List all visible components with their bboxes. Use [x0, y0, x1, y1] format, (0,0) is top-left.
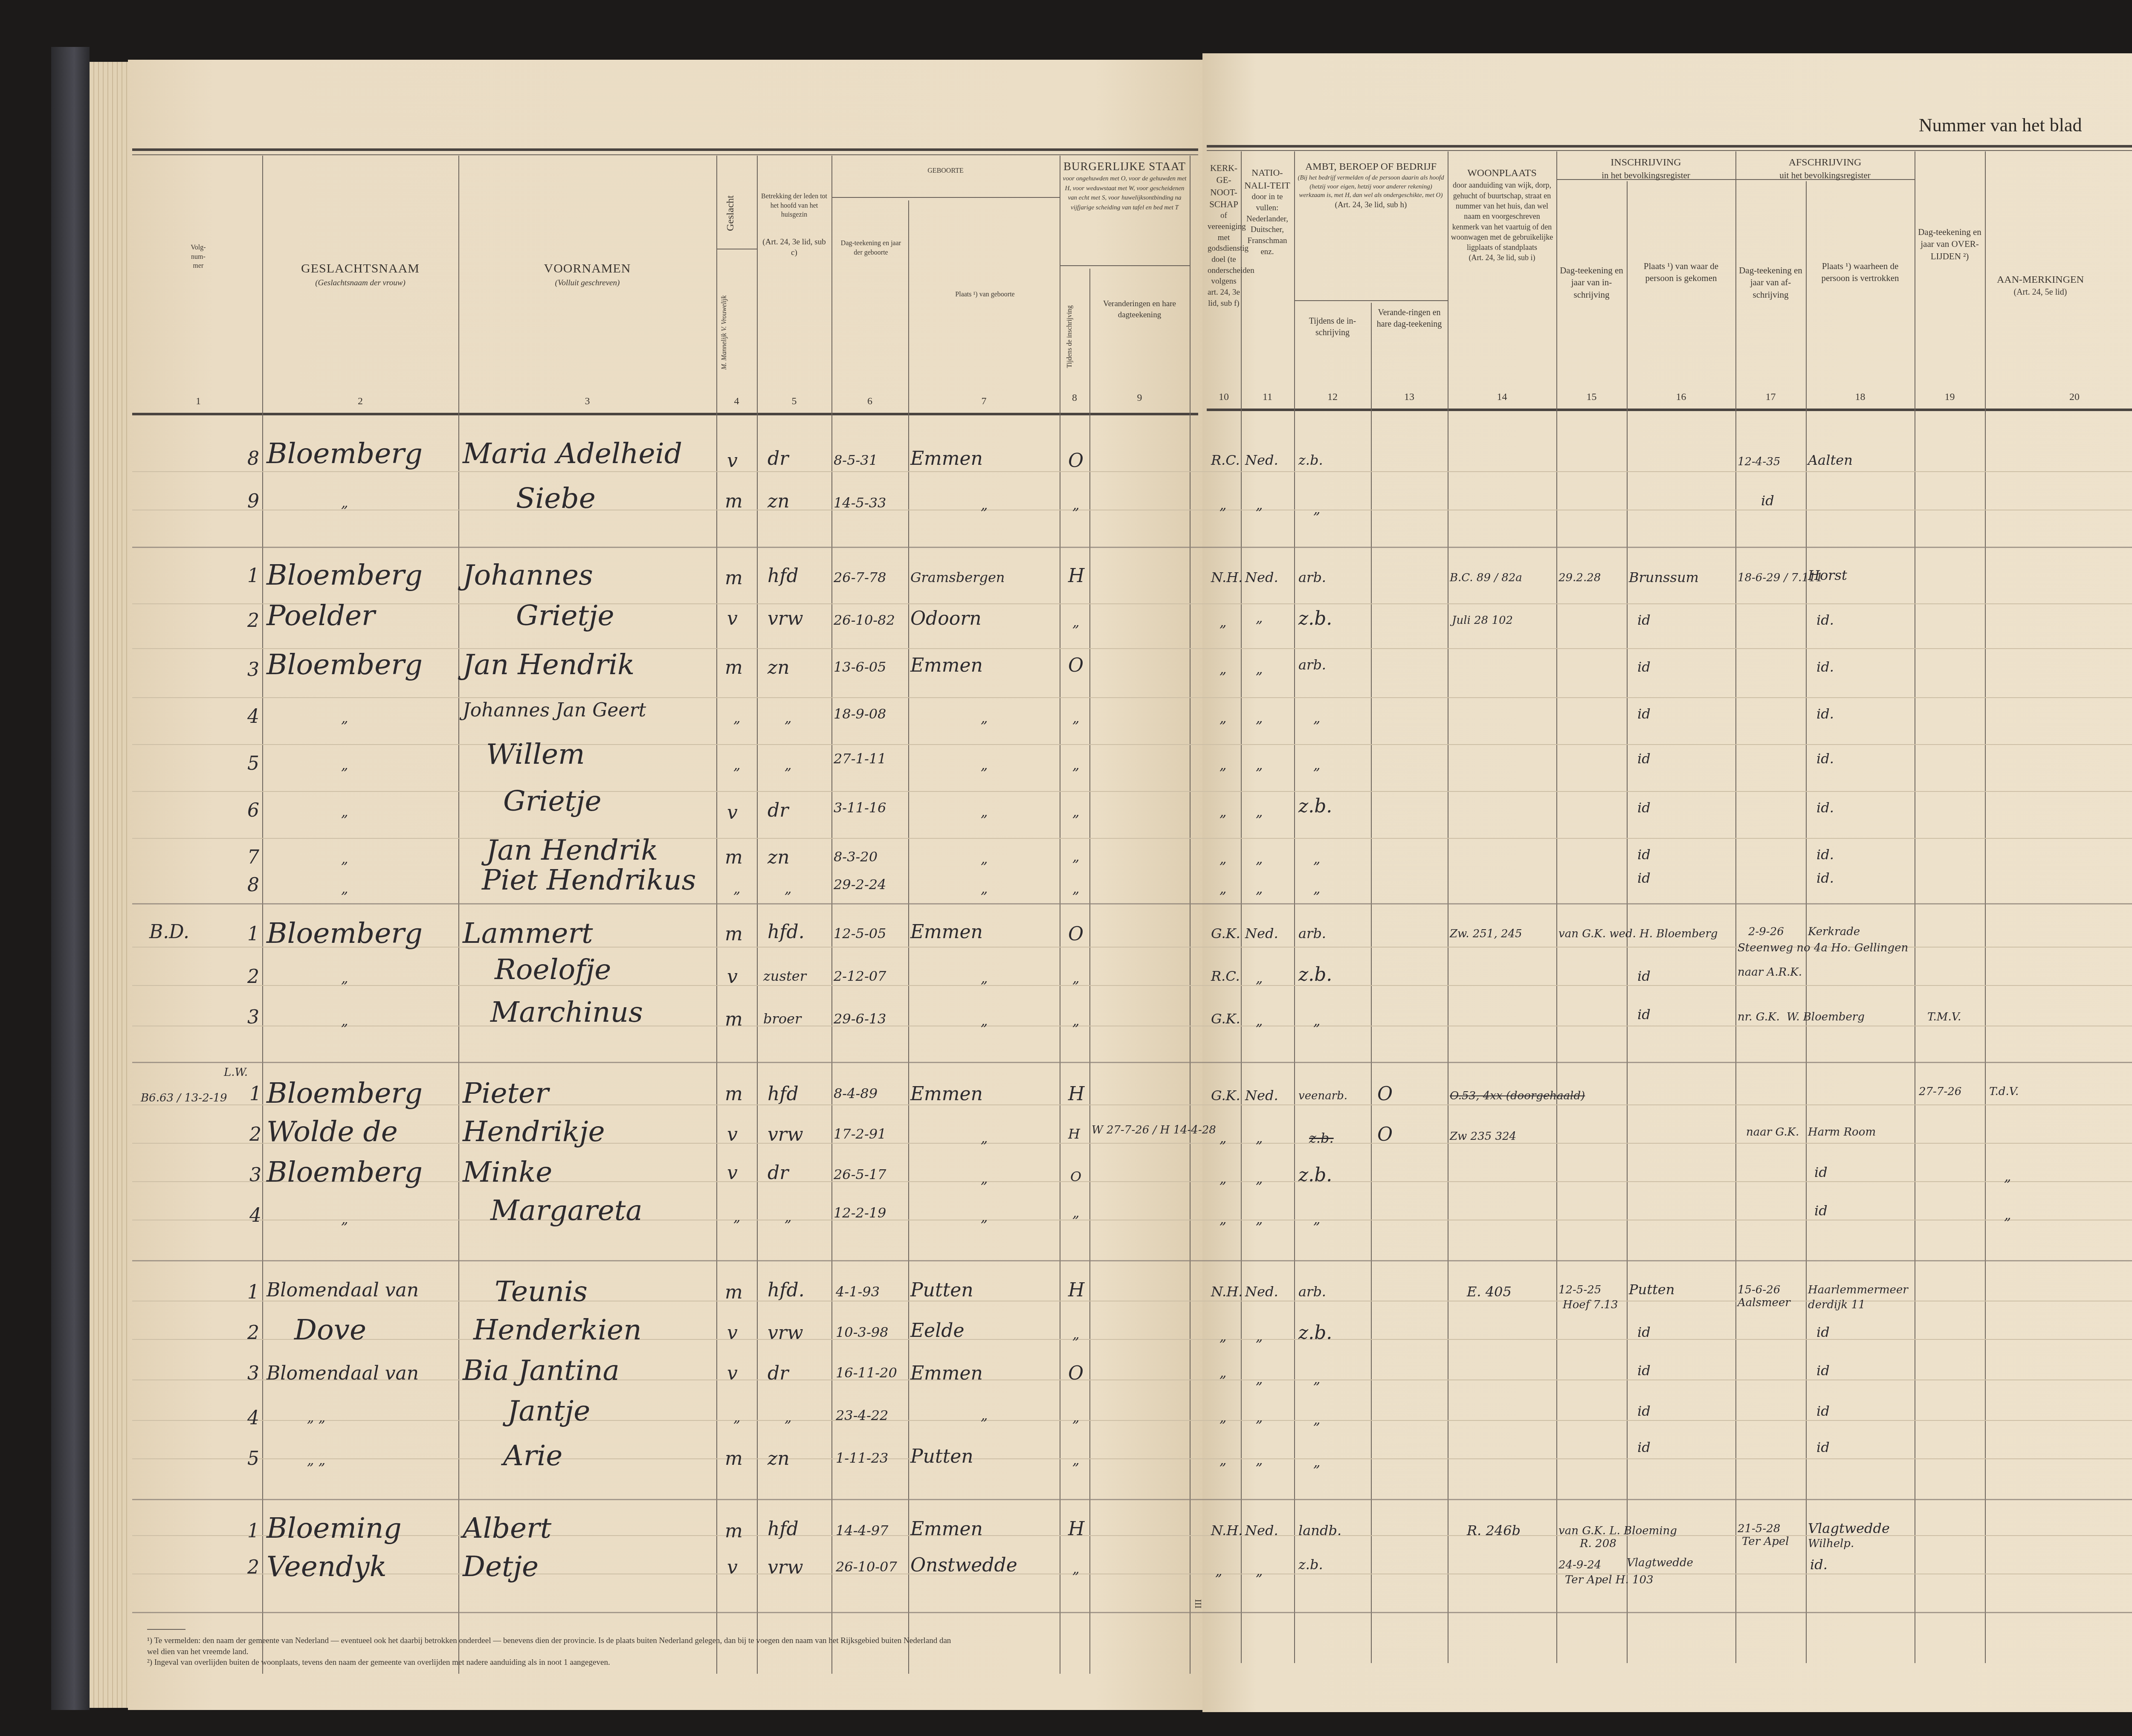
entry-civil-status: „	[1072, 881, 1080, 897]
entry-surname: Dove	[294, 1313, 366, 1346]
entry-given-names: Johannes	[463, 559, 593, 591]
entry-nationality: „	[1256, 851, 1263, 867]
entry-occupation: „	[1313, 1211, 1321, 1227]
header-ambt-beroep: AMBT, BEROEP OF BEDRIJF (Bij het bedrijf…	[1296, 160, 1445, 211]
entry-nr: 5	[247, 1448, 259, 1469]
entry-relation: „	[785, 710, 792, 726]
entry-relation: dr	[768, 800, 788, 821]
entry-departure-place: id.	[1816, 846, 1834, 863]
header-afschrijving-datum: Dag-teekening en jaar van af-schrijving	[1738, 264, 1804, 301]
col-rule	[1448, 151, 1448, 1663]
entry-nr: 1	[247, 565, 259, 587]
col-number: 3	[461, 396, 714, 407]
entry-church: G.K.	[1211, 1087, 1240, 1104]
entry-birth-date: 8-5-31	[834, 452, 878, 468]
entry-birth-place: „	[981, 1130, 988, 1146]
margin-note-top: L.W.	[224, 1066, 248, 1079]
ent-surname: „ „	[307, 1409, 325, 1426]
entry-nr: 7	[247, 846, 259, 868]
entry-departure-place: id	[1816, 1324, 1830, 1340]
entry-church: „	[1220, 1171, 1227, 1187]
entry-surname: Wolde de	[266, 1115, 398, 1148]
entry-arrival-place: id	[1637, 1362, 1651, 1379]
family-separator	[132, 1499, 2132, 1500]
entry-nr: 1	[247, 923, 259, 945]
col-number: 14	[1448, 391, 1556, 403]
header-veranderingen: Veranderingen en hare dagteekening	[1092, 299, 1188, 320]
entry-given-names: Willem	[486, 738, 585, 771]
entry-birth-date: 3-11-16	[834, 800, 886, 816]
entry-surname: Veendyk	[266, 1550, 387, 1583]
entry-departure-date: naar A.R.K.	[1738, 966, 1802, 979]
entry-nr: 5	[247, 753, 259, 774]
entry-nationality: „	[1256, 1328, 1263, 1345]
entry-departure-place: Vlagtwedde	[1808, 1520, 1890, 1536]
entry-birth-place: Putten	[910, 1279, 973, 1301]
entry-birth-date: 18-9-08	[834, 706, 886, 722]
entry-surname: Blomendaal van	[266, 1279, 419, 1301]
entry-given-names: Jan Hendrik	[486, 834, 658, 867]
entry-occupation: z.b.	[1298, 452, 1323, 468]
entry-civil-status: H	[1068, 1279, 1084, 1301]
entry-birth-date: 13-6-05	[834, 659, 886, 675]
col-number: 5	[757, 396, 831, 407]
entry-sex: m	[725, 846, 743, 868]
col-number: 9	[1089, 392, 1190, 404]
entry-sex: v	[727, 1362, 738, 1384]
col-rule	[262, 156, 263, 1674]
entry-departure-place: id.	[1816, 706, 1834, 722]
entry-birth-place: „	[981, 970, 988, 986]
header-top-rule-right-thin	[1207, 150, 2132, 151]
header-geboorte: GEBOORTE	[834, 166, 1057, 176]
entry-nr: 3	[249, 1164, 261, 1186]
entry-surname: „ „	[307, 1452, 325, 1468]
sheet-number-label: Nummer van het blad	[1919, 114, 2082, 136]
col-number: 19	[1915, 391, 1985, 403]
entry-departure-place: id.	[1816, 612, 1834, 628]
entry-given-names: Piet Hendrikus	[482, 864, 696, 896]
entry-church: N.H.	[1211, 1284, 1243, 1300]
geboorte-subrule	[831, 197, 1060, 198]
footnote-rule	[147, 1629, 185, 1630]
family-separator	[132, 1062, 2132, 1063]
entry-nationality: Ned.	[1245, 1284, 1278, 1300]
entry-church: „	[1220, 1409, 1227, 1426]
entry-birth-place: Eelde	[910, 1320, 964, 1342]
header-voornamen: VOORNAMEN (Volluit geschreven)	[461, 260, 714, 288]
col-rule	[1241, 151, 1242, 1663]
entry-surname: „	[341, 881, 348, 897]
entry-occupation: z.b.	[1298, 1322, 1332, 1344]
entry-arrival-place: id	[1637, 1403, 1651, 1419]
entry-given-names: Bia Jantina	[463, 1354, 620, 1387]
entry-birth-place: „	[981, 1171, 988, 1187]
entry-given-names: Johannes Jan Geert	[463, 699, 646, 721]
col-number: 18	[1806, 391, 1915, 403]
entry-nationality: „	[1256, 1130, 1263, 1146]
entry-residence: Zw 235 324	[1450, 1130, 1516, 1143]
geslacht-subrule	[716, 249, 757, 249]
col-rule	[1294, 151, 1295, 1663]
entry-occupation: „	[1313, 757, 1321, 773]
header-geslacht-sub: M. Mannelijk V. Vrouwelijk	[721, 281, 728, 384]
family-separator	[132, 1260, 2132, 1261]
entry-birth-date: 8-3-20	[834, 849, 878, 865]
entry-residence: Zw. 251, 245	[1450, 927, 1522, 940]
footnote-2: ²) Ingeval van overlijden buiten de woon…	[147, 1657, 957, 1668]
entry-departure-date: 2-9-26	[1748, 925, 1784, 938]
header-ambt-veranderingen: Verande-ringen en hare dag-teekening	[1373, 307, 1445, 330]
entry-civil-status: „	[1072, 1013, 1080, 1029]
entry-arrival-place: Brunssum	[1629, 569, 1699, 585]
entry-nationality: Ned.	[1245, 1087, 1278, 1104]
entry-occupation: landb.	[1298, 1522, 1341, 1539]
burgerlijke-subrule	[1060, 265, 1190, 266]
margin-note: B.D.	[149, 921, 189, 943]
entry-nr: 9	[247, 490, 259, 512]
entry-occupation: z.b.	[1298, 795, 1332, 817]
header-geboorte-plaats: Plaats ¹) van geboorte	[912, 290, 1057, 299]
entry-sex: „	[733, 881, 741, 897]
entry-relation: „	[785, 757, 792, 773]
entry-departure-place: id.	[1816, 751, 1834, 767]
entry-arrival-note: Hoef 7.13	[1563, 1298, 1618, 1311]
entry-nationality: „	[1256, 710, 1263, 726]
entry-given-names: Marchinus	[490, 996, 643, 1029]
col-rule	[1735, 151, 1736, 1663]
row-rule	[132, 648, 2132, 649]
col-number: 16	[1627, 391, 1735, 403]
entry-sex: m	[725, 490, 743, 512]
header-top-rule-right	[1207, 145, 2132, 148]
entry-arrival-place: Putten	[1629, 1281, 1674, 1298]
entry-death-date: 27-7-26	[1919, 1085, 1961, 1098]
entry-arrival-place: id	[1637, 800, 1651, 816]
entry-departure-note: derdijk 11	[1808, 1298, 1865, 1311]
entry-nr: 2	[247, 1322, 259, 1344]
col-rule	[831, 156, 832, 1674]
entry-civil-status: O	[1068, 923, 1083, 945]
entry-church: „	[1220, 497, 1227, 513]
entry-surname: „	[341, 757, 348, 773]
header-aanmerkingen: AAN-MERKINGEN (Art. 24, 5e lid)	[1987, 273, 2094, 298]
row-rule	[132, 510, 2132, 510]
entry-birth-place: Putten	[910, 1446, 973, 1467]
entry-nationality: „	[1256, 610, 1263, 626]
gutter-signature-mark: III	[1193, 1599, 1204, 1608]
entry-birth-date: 26-10-82	[834, 612, 895, 628]
entry-departure-note: Steenweg no 4a Ho. Gellingen	[1738, 942, 1908, 954]
entry-occupation: „	[1313, 1371, 1321, 1387]
entry-nationality: „	[1256, 1013, 1263, 1029]
entry-birth-place: „	[981, 881, 988, 897]
entry-surname: Bloemberg	[266, 648, 423, 681]
entry-civil-status: H	[1068, 565, 1084, 587]
entry-residence: E. 405	[1467, 1284, 1512, 1300]
entry-relation: zn	[768, 846, 790, 868]
entry-nr: 1	[249, 1083, 261, 1105]
entry-arrival-place: id	[1637, 968, 1651, 984]
entry-relation: „	[785, 1409, 792, 1426]
entry-birth-date: 17-2-91	[834, 1126, 886, 1142]
entry-departure-place: id	[1814, 1203, 1828, 1219]
entry-departure-place: id	[1816, 1439, 1830, 1455]
entry-birth-place: „	[981, 757, 988, 773]
entry-surname: „	[341, 804, 348, 820]
col-rule	[757, 156, 758, 1674]
entry-occupation-change: O	[1377, 1124, 1393, 1145]
entry-arrival-place: id	[1637, 846, 1651, 863]
entry-civil-status: O	[1068, 1362, 1083, 1384]
entry-civil-status: H	[1068, 1083, 1084, 1105]
col-number: 4	[716, 396, 757, 407]
col-rule	[716, 156, 717, 1674]
col-number: 1	[136, 396, 260, 407]
entry-sex: m	[725, 1520, 743, 1542]
entry-surname: „	[341, 1013, 348, 1029]
entry-birth-date: 1-11-23	[836, 1450, 888, 1466]
entry-church: „	[1220, 614, 1227, 630]
entry-given-names: Henderkien	[473, 1313, 642, 1346]
entry-birth-date: 4-1-93	[836, 1284, 880, 1300]
entry-occupation: z.b.	[1298, 964, 1332, 985]
entry-civil-status: „	[1072, 849, 1080, 865]
entry-given-names: Albert	[463, 1512, 551, 1545]
entry-civil-status: „	[1072, 1452, 1080, 1468]
entry-nationality: „	[1256, 1171, 1263, 1187]
row-rule	[132, 471, 2132, 472]
entry-sex: v	[727, 966, 738, 988]
entry-birth-date: 2-12-07	[834, 968, 886, 984]
entry-occupation: veenarb.	[1298, 1090, 1347, 1102]
entry-departure-place: id.	[1810, 1556, 1828, 1573]
entry-nr: 4	[247, 1407, 259, 1429]
entry-sex: v	[727, 1556, 738, 1578]
entry-nr: 1	[247, 1520, 259, 1542]
entry-church: R.C.	[1211, 452, 1240, 468]
entry-arrival-place: id	[1637, 1324, 1651, 1340]
entry-occupation: arb.	[1298, 925, 1326, 942]
entry-given-names: Pieter	[463, 1077, 549, 1110]
entry-civil-status: „	[1072, 804, 1080, 820]
entry-given-names: Grietje	[503, 785, 601, 817]
entry-given-names: Arie	[503, 1439, 562, 1472]
entry-occupation: „	[1313, 881, 1321, 897]
entry-sex: „	[733, 710, 741, 726]
entry-nr: 6	[247, 800, 259, 821]
entry-relation: hfd	[768, 1083, 799, 1105]
entry-departure-date: 15-6-26	[1738, 1284, 1780, 1296]
header-top-rule-left	[132, 148, 1198, 151]
entry-birth-date: 12-2-19	[834, 1205, 886, 1221]
entry-surname: Poelder	[266, 599, 375, 632]
entry-given-names: Detje	[463, 1550, 539, 1583]
entry-surname: Bloeming	[266, 1512, 402, 1545]
entry-arrival-place: id	[1637, 870, 1651, 886]
entry-nr: 8	[247, 874, 259, 896]
entry-relation: zuster	[763, 968, 806, 984]
entry-nationality: „	[1256, 970, 1263, 986]
entry-occupation: „	[1313, 1454, 1321, 1470]
entry-departure-date: 21-5-28	[1738, 1522, 1780, 1535]
entry-departure-place: id	[1816, 1403, 1830, 1419]
entry-sex: m	[725, 1281, 743, 1303]
entry-nr: 3	[247, 1006, 259, 1028]
header-afschrijving: AFSCHRIJVING uit het bevolkingsregister	[1738, 156, 1912, 182]
entry-birth-date: 10-3-98	[836, 1324, 888, 1340]
row-rule	[132, 838, 2132, 839]
entry-nationality: „	[1256, 661, 1263, 677]
entry-nationality: „	[1256, 757, 1263, 773]
entry-birth-date: 26-5-17	[834, 1166, 886, 1182]
col-number: 13	[1371, 391, 1448, 403]
entry-arrival-place: id	[1637, 1439, 1651, 1455]
entry-departure-place: Aalten	[1808, 452, 1853, 468]
entry-sex: m	[725, 1448, 743, 1469]
entry-nationality: „	[1256, 804, 1263, 820]
entry-sex: v	[727, 1162, 738, 1184]
entry-civil-status: O	[1068, 655, 1083, 676]
entry-nationality: Ned.	[1245, 925, 1278, 942]
entry-occupation: z.b.	[1298, 1556, 1323, 1573]
entry-birth-place: „	[981, 1013, 988, 1029]
entry-church: „	[1220, 1328, 1227, 1345]
entry-departure-note: Wilhelp.	[1808, 1537, 1854, 1550]
header-inschrijving: INSCHRIJVING in het bevolkingsregister	[1558, 156, 1733, 182]
footnotes: ¹) Te vermelden: den naam der gemeente v…	[147, 1635, 957, 1668]
entry-departure-date-note: Ter Apel	[1742, 1535, 1789, 1548]
entry-occupation: arb.	[1298, 1284, 1326, 1300]
row-rule	[132, 1380, 2132, 1380]
entry-sex: v	[727, 450, 738, 472]
row-rule	[132, 1181, 2132, 1182]
entry-birth-date: 29-2-24	[834, 876, 886, 893]
entry-given-names: Margareta	[490, 1194, 643, 1227]
entry-relation: hfd	[768, 1518, 799, 1540]
entry-occupation: „	[1313, 710, 1321, 726]
entry-church: „	[1220, 757, 1227, 773]
entry-residence: O.53, 4xx (doorgehaald)	[1450, 1090, 1585, 1102]
entry-civil-status: „	[1072, 970, 1080, 986]
entry-relation: dr	[768, 1362, 788, 1384]
entry-given-names: Maria Adelheid	[463, 437, 682, 470]
row-rule	[132, 744, 2132, 745]
entry-civil-status: „	[1072, 1205, 1080, 1221]
entry-given-names: Teunis	[495, 1275, 588, 1308]
entry-residence: B.C. 89 / 82a	[1450, 571, 1522, 584]
entry-arrival-date: 29.2.28	[1558, 571, 1601, 584]
entry-birth-date: 14-4-97	[836, 1522, 888, 1539]
header-betrekking: Betrekking der leden tot het hoofd van h…	[759, 192, 829, 258]
margin-note: B6.63 / 13-2-19	[141, 1092, 227, 1104]
entry-arrival-place: id	[1637, 1006, 1651, 1023]
entry-civil-status: „	[1072, 1561, 1080, 1577]
entry-birth-place: „	[981, 1407, 988, 1423]
family-separator	[132, 547, 2132, 548]
entry-church: „	[1220, 881, 1227, 897]
col-number: 8	[1060, 392, 1089, 404]
entry-nr: 3	[247, 1362, 259, 1384]
header-woonplaats: WOONPLAATS door aanduiding van wijk, dor…	[1450, 166, 1554, 263]
entry-nr: 4	[247, 706, 259, 727]
entry-relation: zn	[768, 657, 790, 678]
entry-arrival-place: van G.K. L. Bloeming	[1558, 1524, 1677, 1537]
entry-birth-date: 16-11-20	[836, 1365, 897, 1381]
entry-surname: „	[341, 495, 348, 511]
entry-civil-status: O	[1068, 450, 1083, 472]
entry-church: „	[1215, 1563, 1222, 1579]
family-separator	[132, 1612, 2132, 1613]
entry-residence: R. 246b	[1467, 1522, 1521, 1539]
entry-death-note: „	[2004, 1168, 2011, 1185]
entry-church: „	[1220, 710, 1227, 726]
entry-arrival-place: van G.K. wed. H. Bloemberg	[1558, 927, 1718, 940]
entry-surname: „	[341, 710, 348, 726]
entry-occupation: arb.	[1298, 657, 1326, 673]
entry-occupation: z.b.	[1298, 1164, 1332, 1186]
entry-birth-place: Emmen	[910, 1518, 983, 1540]
entry-sex: „	[733, 1409, 741, 1426]
entry-arrival-place: id	[1637, 706, 1651, 722]
entry-civil-status: „	[1072, 497, 1080, 513]
entry-occupation-change: O	[1377, 1083, 1393, 1105]
header-geboorte-datum: Dag-teekening en jaar der geboorte	[836, 239, 906, 257]
entry-departure-place: id.	[1816, 870, 1834, 886]
entry-nationality: „	[1256, 1452, 1263, 1468]
entry-nr: 2	[247, 1556, 259, 1578]
entry-occupation: „	[1313, 501, 1321, 517]
entry-civil-status: „	[1072, 1409, 1080, 1426]
right-page	[1202, 53, 2132, 1712]
entry-given-names: Jantje	[507, 1394, 590, 1427]
page-stack-edge	[90, 62, 130, 1708]
col-number: 2	[264, 396, 456, 407]
header-tijdens-inschrijving: Tijdens de inschrijving	[1066, 299, 1074, 375]
entry-sex: v	[727, 802, 738, 823]
entry-church: „	[1220, 1130, 1227, 1146]
header-afschrijving-plaats: Plaats ¹) waarheen de persoon is vertrok…	[1808, 260, 1912, 284]
entry-occupation: arb.	[1298, 569, 1326, 585]
entry-civil-status: O	[1070, 1168, 1081, 1185]
entry-relation: dr	[768, 1162, 788, 1184]
entry-departure-place: id	[1816, 1362, 1830, 1379]
entry-surname: „	[341, 851, 348, 867]
col-rule	[1627, 181, 1628, 1663]
entry-surname: Bloemberg	[266, 559, 423, 591]
entry-church: „	[1220, 1211, 1227, 1227]
entry-civil-status: „	[1072, 614, 1080, 630]
entry-arrival-date: 12-5-25	[1558, 1284, 1601, 1296]
entry-arrival-place: id	[1637, 751, 1651, 767]
footnote-1: ¹) Te vermelden: den naam der gemeente v…	[147, 1635, 957, 1657]
entry-nr: 3	[247, 659, 259, 681]
entry-nationality: „	[1256, 1563, 1263, 1579]
row-rule	[132, 1143, 2132, 1144]
entry-nr: 2	[249, 1124, 261, 1145]
col-rule	[1806, 181, 1807, 1663]
entry-church: „	[1220, 661, 1227, 677]
row-rule	[132, 603, 2132, 604]
entry-nr: 1	[247, 1281, 259, 1303]
entry-surname: Bloemberg	[266, 917, 423, 950]
entry-relation: dr	[768, 448, 788, 470]
entry-birth-place: „	[981, 804, 988, 820]
col-rule	[1060, 156, 1060, 1674]
entry-sex: m	[725, 1009, 743, 1030]
entry-arrival-place: Vlagtwedde	[1627, 1556, 1693, 1569]
entry-birth-place: Emmen	[910, 655, 983, 676]
